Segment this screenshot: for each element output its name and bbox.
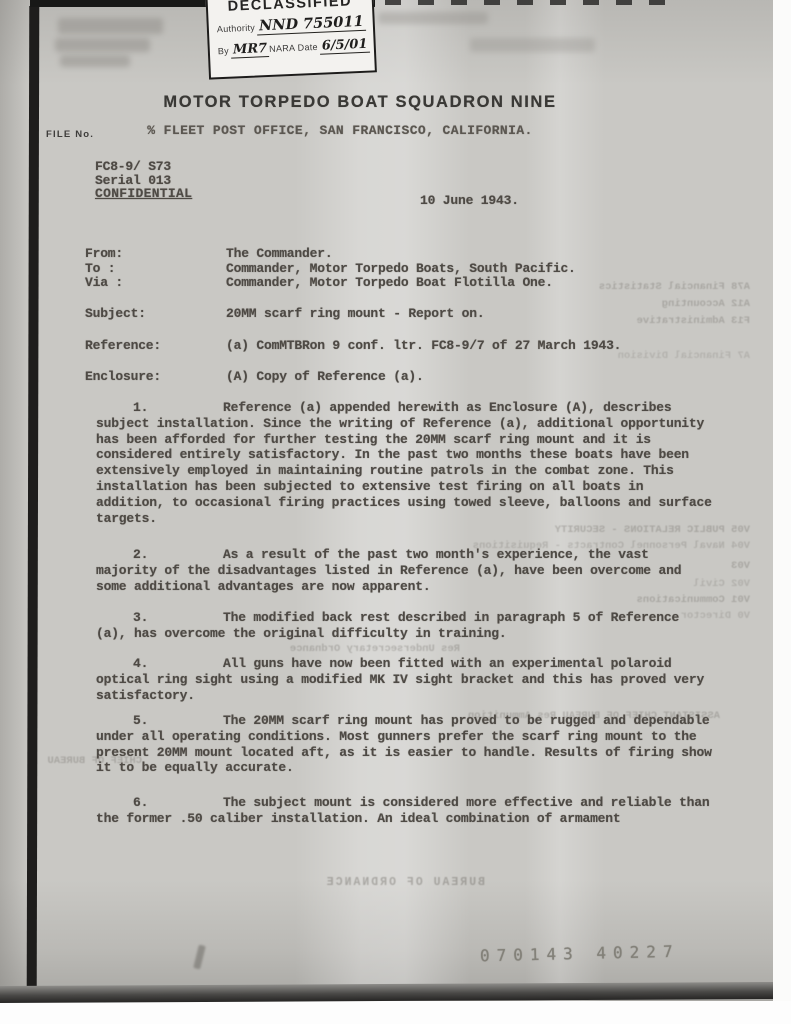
bleedthrough-line: ASSISTANT CHIEF OF BUREAU Res Ammunition [360, 710, 720, 722]
faint-stamp-smudge [60, 55, 130, 67]
subject-value: 20MM scarf ring mount - Report on. [226, 306, 484, 321]
scan-bottom-margin [0, 1001, 791, 1024]
faint-ink-smudge [470, 38, 595, 52]
file-reference: FC8-9/ S73 [95, 160, 192, 174]
letter-date: 10 June 1943. [420, 193, 519, 208]
bleedthrough-line: V03 [700, 560, 750, 572]
paragraph-number: 1. [133, 400, 223, 416]
enclosure-row: Enclosure:(A) Copy of Reference (a). [85, 369, 424, 384]
to-label: To : [85, 261, 226, 276]
faint-stamp-smudge [55, 38, 150, 52]
paragraph-number: 5. [133, 713, 223, 729]
paragraph-1: 1.Reference (a) appended herewith as Enc… [96, 400, 712, 526]
by-label: By [218, 46, 230, 56]
to-row: To :Commander, Motor Torpedo Boats, Sout… [85, 261, 576, 276]
paragraph-number: 6. [133, 795, 223, 811]
paragraph-5: 5.The 20MM scarf ring mount has proved t… [96, 713, 712, 776]
letterhead-address: % FLEET POST OFFICE, SAN FRANCISCO, CALI… [40, 123, 640, 138]
nara-date-handwritten-value: 6/5/01 [320, 37, 370, 55]
paragraph-4: 4.All guns have now been fitted with an … [96, 656, 712, 703]
enclosure-value: (A) Copy of Reference (a). [226, 369, 424, 384]
reference-row: Reference:(a) ComMTBRon 9 conf. ltr. FC8… [85, 338, 621, 353]
via-row: Via :Commander, Motor Torpedo Boat Floti… [85, 275, 553, 290]
bleedthrough-line: A7 Financial Division [545, 350, 750, 362]
authority-label: Authority [217, 23, 256, 35]
bleedthrough-line: V05 PUBLIC RELATIONS - SECURITY [425, 524, 750, 536]
bleedthrough-line: V02 Civil [600, 578, 750, 590]
bleedthrough-line: A12 Accounting [545, 298, 750, 310]
bleedthrough-line: V04 Naval Personnel Contracts - Requisit… [425, 540, 750, 552]
squadron-letterhead-title: MOTOR TORPEDO BOAT SQUADRON NINE [60, 93, 660, 112]
paragraph-6: 6.The subject mount is considered more e… [96, 795, 712, 827]
enclosure-label: Enclosure: [85, 369, 226, 384]
scan-edge-top-dashes [385, 0, 670, 5]
scanned-document-page: DECLASSIFIED AuthorityNND 755011 ByMR7NA… [0, 0, 791, 1024]
subject-label: Subject: [85, 306, 226, 321]
faint-ink-smudge [378, 12, 488, 24]
reference-label: Reference: [85, 338, 226, 353]
via-label: Via : [85, 275, 226, 290]
classification-marking: CONFIDENTIAL [95, 187, 192, 201]
bleedthrough-line: Res Undersecretary Ordnance [210, 643, 460, 655]
bleedthrough-line: V0 Director [580, 610, 750, 622]
bleedthrough-line: CHIEF OF BUREAU [2, 755, 142, 767]
paragraph-number: 3. [133, 610, 223, 626]
by-handwritten-initials: MR7 [231, 41, 270, 59]
authority-handwritten-value: NND 755011 [257, 13, 366, 36]
declassification-stamp: DECLASSIFIED AuthorityNND 755011 ByMR7NA… [205, 0, 377, 80]
subject-row: Subject:20MM scarf ring mount - Report o… [85, 306, 484, 321]
from-row: From:The Commander. [85, 246, 332, 261]
bleedthrough-line: A78 Financial Statistics [545, 281, 750, 293]
via-value: Commander, Motor Torpedo Boat Flotilla O… [226, 275, 553, 290]
from-value: The Commander. [226, 246, 332, 261]
file-reference-block: FC8-9/ S73 Serial 013 CONFIDENTIAL [95, 160, 192, 201]
paragraph-number: 4. [133, 656, 223, 672]
scan-right-margin [773, 0, 791, 1024]
bleedthrough-line: F13 Administrative [545, 315, 750, 327]
faint-stamp-smudge [58, 18, 163, 34]
to-value: Commander, Motor Torpedo Boats, South Pa… [226, 261, 576, 276]
from-label: From: [85, 246, 226, 261]
paragraph-number: 2. [133, 547, 223, 563]
nara-date-label: NARA Date [269, 42, 318, 54]
paragraph-text: Reference (a) appended herewith as Enclo… [96, 400, 712, 526]
bleedthrough-line: V01 Communications [560, 594, 750, 606]
file-no-label: FILE No. [46, 129, 94, 140]
bleedthrough-bureau-of-ordnance: BUREAU OF ORDNANCE [275, 876, 485, 889]
serial-number: Serial 013 [95, 174, 192, 188]
